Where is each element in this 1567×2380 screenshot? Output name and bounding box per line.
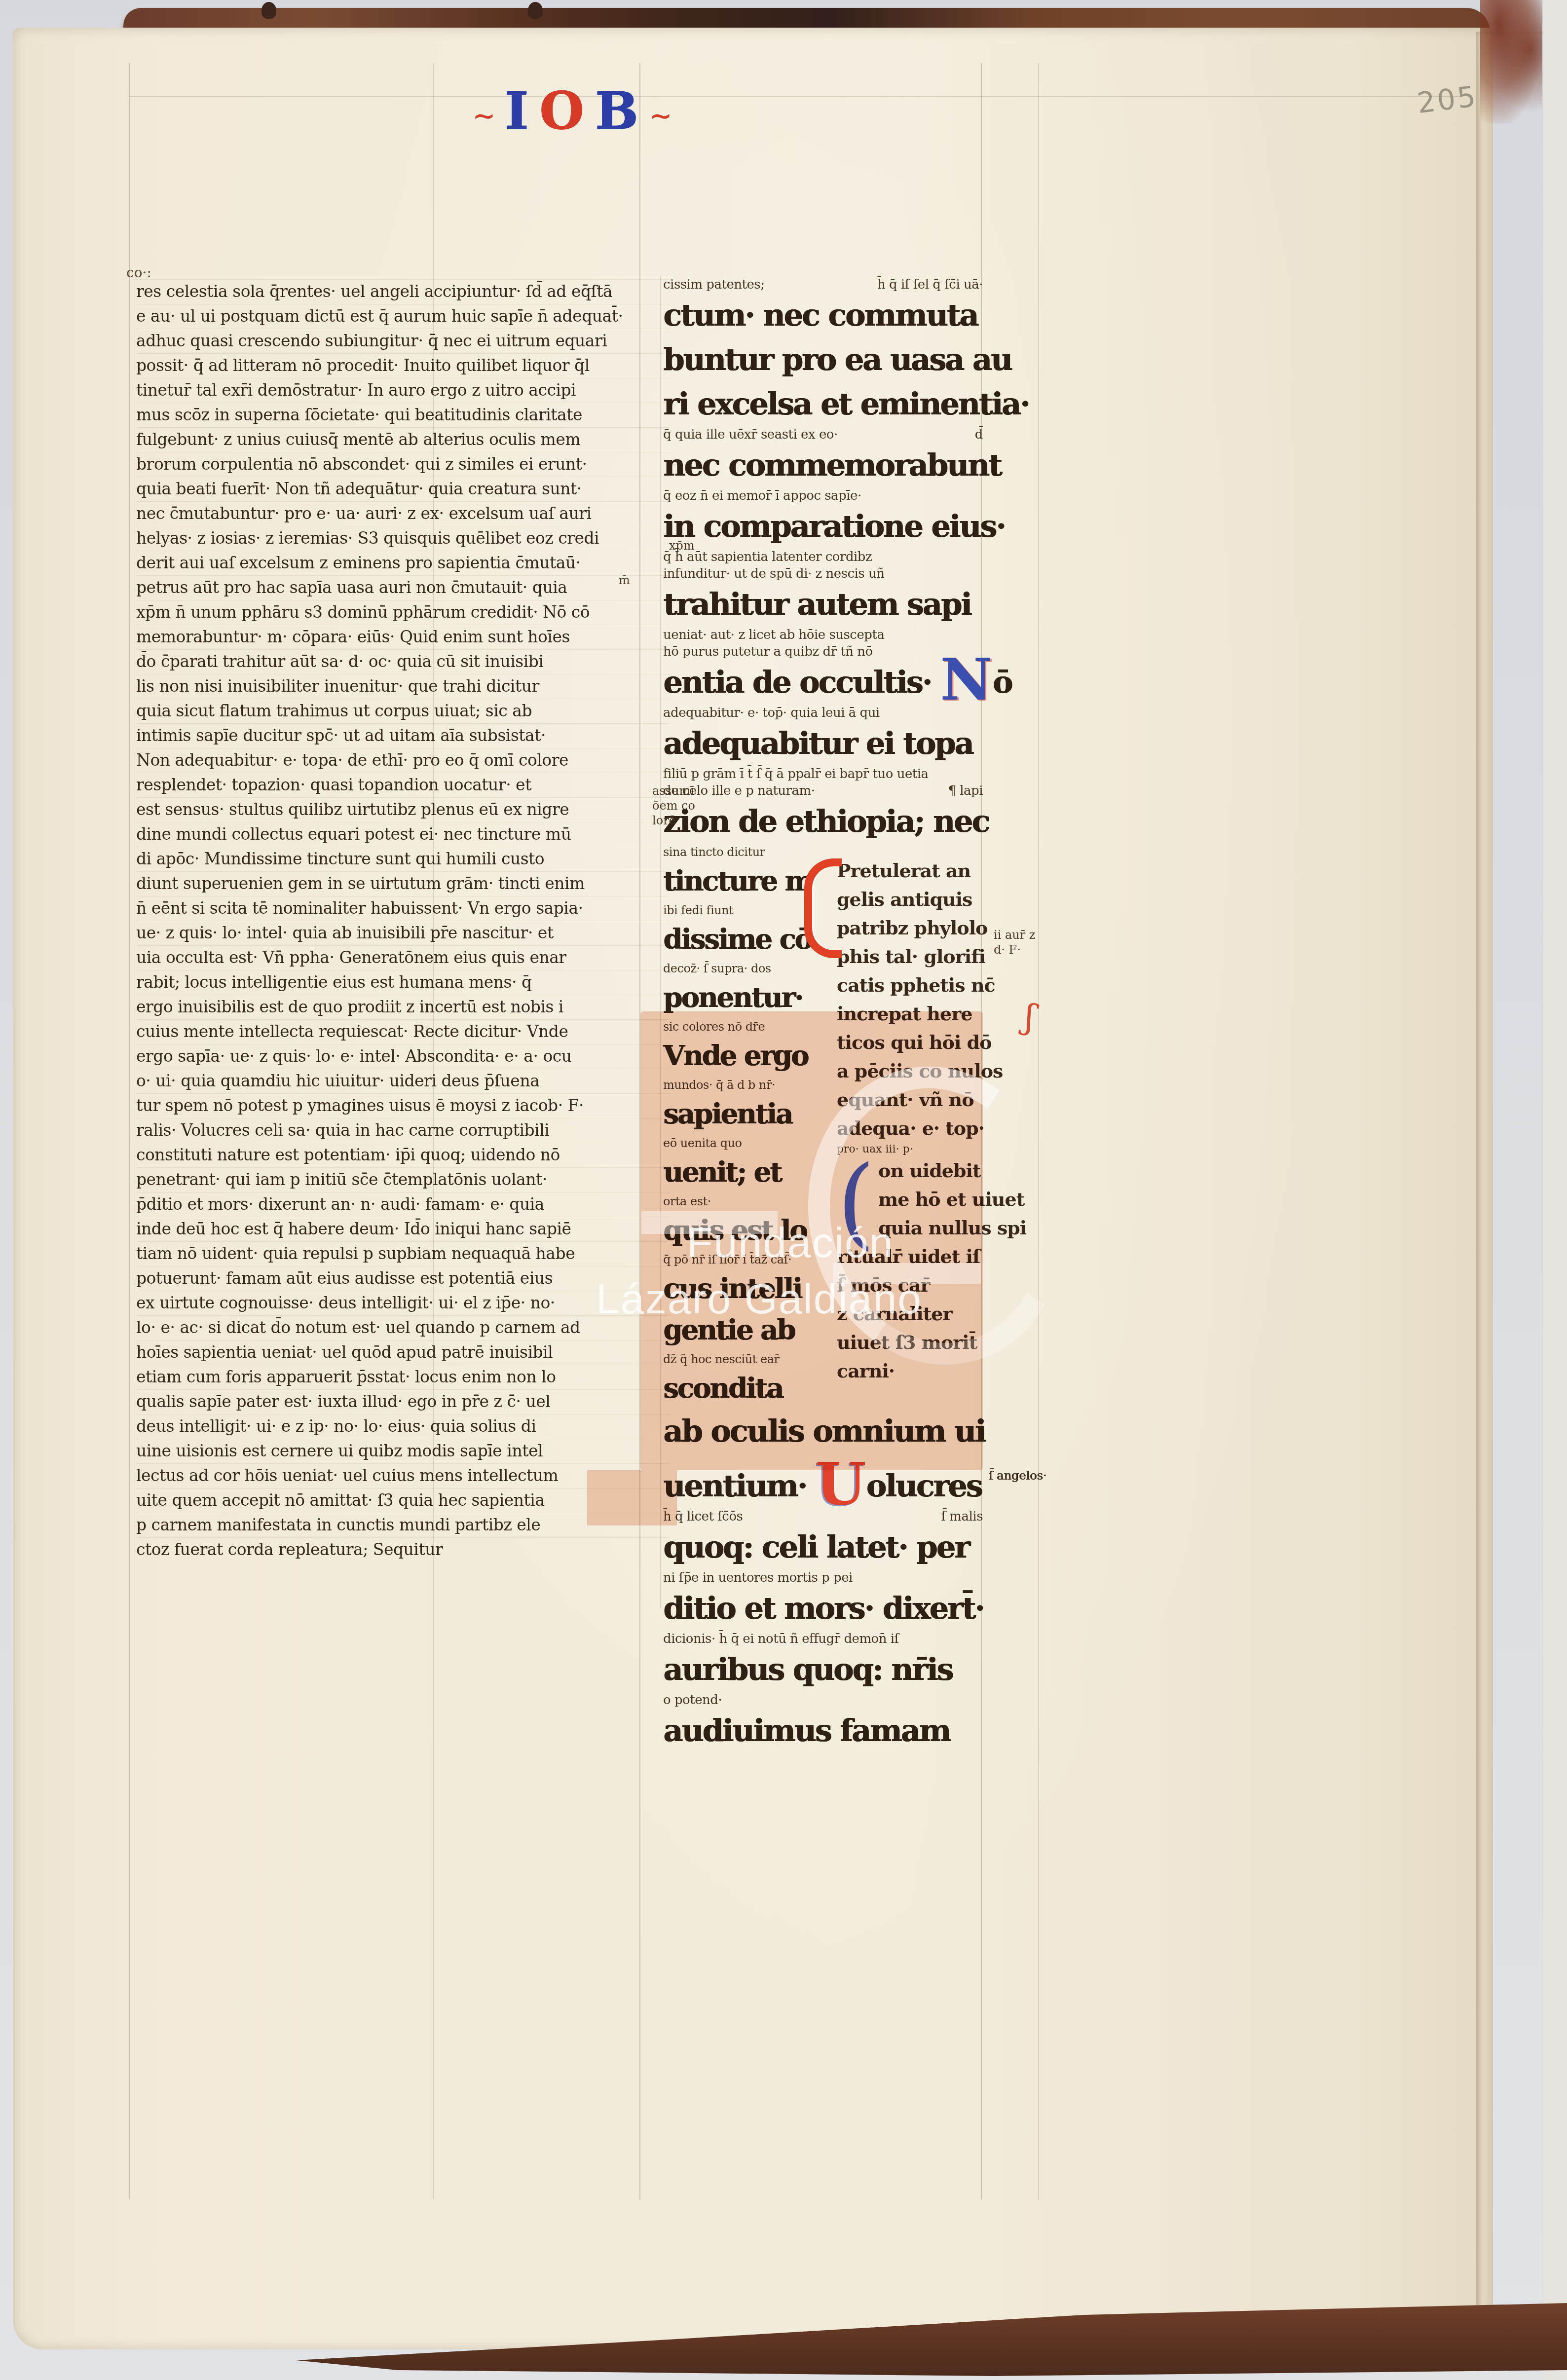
text-line: ergo sapīa· ue· z quis· lo· e· intel· Ab… — [136, 1044, 670, 1069]
bible-text-line: audiuimus famam — [663, 1709, 983, 1753]
interlinear-gloss-line: o potend· — [663, 1692, 983, 1709]
text-line: est sensus· stultus quilibz uirtutibz pl… — [136, 797, 670, 822]
bible-text-line: buntur pro ea uasa au — [663, 337, 983, 382]
quire-mark: co·: — [126, 264, 151, 281]
text-line: petrus aūt pro hac sapīa uasa auri non c… — [136, 575, 670, 600]
page-stack-stained-top — [1480, 0, 1542, 123]
title-letter-o: O — [539, 85, 586, 137]
interlinear-gloss-line: filiū p grām ī t̄ ſ̄ q̄ ā ppalr̄ ei bapr… — [663, 766, 983, 782]
text-line: quia beati fuerīt· Non tñ adequātur· qui… — [136, 477, 670, 501]
text-line: deus intelligit· ui· e z ip· no· lo· eiu… — [136, 1414, 670, 1439]
text-line: nec c̄mutabuntur· pro e· ua· auri· z ex·… — [136, 501, 670, 526]
watermark-text-line2: Lázaro Galdiano — [596, 1275, 922, 1324]
title-letter-b: B — [595, 85, 640, 137]
interlinear-gloss-line: q̄ h̄ aūt sapientia latenter cordibz — [663, 549, 983, 565]
text-line: ii aur̄ z — [994, 928, 1036, 942]
bible-text-line: ri excelsa et eminentia· — [663, 382, 983, 426]
text-line: uia occulta est· Vn̄ ppha· Generatōnem e… — [136, 945, 670, 970]
text-line: tinetur̄ tal exr̄i demōstratur· In auro … — [136, 378, 670, 403]
text-line: ctoz fuerat corda repleatura; Sequitur — [136, 1537, 670, 1562]
text-line: ergo inuisibilis est de quo prodiit z in… — [136, 995, 670, 1019]
text-line: gelis antiquis — [837, 885, 983, 914]
text-line: constituti nature est potentiam· ip̄i qu… — [136, 1143, 670, 1167]
text-line: intimis sapīe ducitur spc̄· ut ad uitam … — [136, 723, 670, 748]
running-title: ∼ I O B ∼ — [434, 74, 710, 148]
left-gloss-column: res celestia sola q̄rentes· uel angeli a… — [136, 279, 670, 1562]
text-line: mus scōz in superna ſōcietate· qui beati… — [136, 403, 670, 427]
text-line: p̄ditio et mors· dixerunt an· n· audi· f… — [136, 1192, 670, 1217]
red-paraph-bracket — [804, 858, 842, 958]
text-line: memorabuntur· m· cōpara· eiūs· Quid enim… — [136, 625, 670, 649]
interlinear-gloss-line: dicionis· h̄ q̄ ei notū ñ effugr̄ demon̄… — [663, 1631, 983, 1647]
text-line: d· F· — [994, 942, 1036, 957]
interlinear-gloss-line: de celo ille e p naturam·¶ lapi — [663, 782, 983, 799]
interlinear-gloss-line: hō purus putetur a quibz dr̄ tñ nō — [663, 643, 983, 660]
text-line: d̄o c̄parati trahitur aūt sa· d· oc· qui… — [136, 649, 670, 674]
interlinear-gloss-line: infunditur· ut de spū di· z nescis uñ — [663, 565, 983, 582]
text-line: o· ui· quia quamdiu hic uiuitur· uideri … — [136, 1069, 670, 1093]
interlinear-gloss-note: ſ̄ angelos· — [988, 1469, 1046, 1483]
text-line: catis pphetis nc̄ — [837, 971, 983, 1000]
title-letter-i: I — [504, 85, 530, 137]
binding-clasp-nub — [261, 2, 276, 19]
text-line: ralis· Volucres celi sa· quia in hac car… — [136, 1118, 670, 1143]
text-line: lis non nisi inuisibiliter inuenitur· qu… — [136, 674, 670, 699]
page-stack-fore-edge — [1476, 32, 1543, 2331]
text-line: hoīes sapientia ueniat· uel quōd apud pa… — [136, 1340, 670, 1365]
text-line: inde deū hoc est q̄ habere deum· Id̄o in… — [136, 1217, 670, 1241]
interlinear-gloss-line: cissim patentes;h̄ q̄ iſ ſel q̄ ſc̄i uā· — [663, 276, 983, 293]
text-line: resplendet· topazion· quasi topandion uo… — [136, 773, 670, 797]
interlinear-gloss-line: ni ſp̄e in uentores mortis p pei — [663, 1569, 983, 1586]
interlinear-gloss-line: q̄ quia ille uēxr̄ seasti ex eo·d̄ — [663, 426, 983, 443]
text-line: lorē — [652, 813, 695, 828]
text-line: ue· z quis· lo· intel· quia ab inuisibil… — [136, 921, 670, 945]
text-line: adhuc quasi crescendo subiungitur· q̄ ne… — [136, 329, 670, 353]
text-line: helyas· z iosias· z ieremias· S3 quisqui… — [136, 526, 670, 551]
bible-text-line: zion de ethiopia; nec — [663, 799, 983, 844]
watermark-highlight-band-small — [587, 1470, 677, 1525]
margin-note-right: ii aur̄ zd· F· — [994, 928, 1036, 957]
decorated-initial-blue: N — [940, 646, 993, 713]
text-line: tur spem nō potest p ymagines uisus ē mo… — [136, 1093, 670, 1118]
ruling-line-horizontal — [129, 96, 1461, 97]
text-line: diunt superuenien gem in se uirtutum grā… — [136, 871, 670, 896]
text-line: e au· ul ui postquam dictū est q̄ aurum … — [136, 304, 670, 329]
text-line: fulgebunt· z unius cuiusq̄ mentē ab alte… — [136, 427, 670, 452]
watermark-text-line1: Fundación — [687, 1219, 894, 1267]
text-line: cuius mente intellecta requiescat· Recte… — [136, 1019, 670, 1044]
text-line: res celestia sola q̄rentes· uel angeli a… — [136, 279, 670, 304]
text-line: assumī — [652, 783, 695, 798]
text-line: dine mundi collectus equari potest ei· n… — [136, 822, 670, 847]
bible-text-flow-top: cissim patentes;h̄ q̄ iſ ſel q̄ ſc̄i uā·… — [663, 276, 983, 844]
title-flourish-left: ∼ — [473, 100, 496, 132]
bible-text-line: in comparatione eius· — [663, 504, 983, 549]
interlinear-gloss-line: sina tincto dicitur — [663, 844, 837, 860]
text-line: derit aui uaſ excelsum z eminens pro sap… — [136, 551, 670, 575]
text-line: xp̄m n̄ unum pphāru s3 dominū pphārum cr… — [136, 600, 670, 625]
manuscript-photo: { "page": { "folio_number": "205", "quir… — [0, 0, 1567, 2380]
bible-text-line: adequabitur ei topa — [663, 721, 983, 766]
gutter-note-xpm: xp̄m — [669, 539, 695, 553]
interlinear-gloss-line: q̄ eoz n̄ ei memor̄ ī appoc sapīe· — [663, 487, 983, 504]
interlinear-gloss-line: ueniat· aut· z licet ab hōie suscepta — [663, 627, 983, 643]
ruling-line-vertical — [129, 63, 130, 2199]
text-line: n̄ eēnt si scita tē nominaliter habuisse… — [136, 896, 670, 921]
interlinear-gloss-line: decoz̄· ſ̄ supra· dos — [663, 960, 837, 977]
text-line: uine uisionis est cernere ui quibz modis… — [136, 1439, 670, 1463]
bible-text-line: auribus quoq: nr̄is — [663, 1647, 983, 1692]
gutter-note-block: assumīōem colorē — [652, 783, 695, 828]
text-line: ex uirtute cognouisse· deus intelligit· … — [136, 1291, 670, 1315]
text-line: di apōc· Mundissime tincture sunt qui hu… — [136, 847, 670, 871]
text-line: etiam cum foris apparuerit p̄sstat· locu… — [136, 1365, 670, 1389]
text-line: rabit; locus intelligentie eius est huma… — [136, 970, 670, 995]
gutter-note-m: m̄ — [619, 573, 630, 587]
text-line: ōem co — [652, 798, 695, 813]
text-line: Pretulerat an — [837, 856, 983, 885]
photo-backdrop — [1543, 0, 1567, 2380]
bible-text-line: ctum· nec commuta — [663, 293, 983, 337]
bible-text-line: trahitur autem sapi — [663, 582, 983, 627]
text-line: possit· q̄ ad litteram nō procedit· Inui… — [136, 353, 670, 378]
binding-clasp-nub — [528, 2, 543, 19]
bible-text-line: quoq: celi latet· per — [663, 1525, 983, 1569]
text-line: lo· e· ac· si dicat d̄o notum est· uel q… — [136, 1315, 670, 1340]
text-line: penetrant· qui iam p initiū sc̄e c̄templ… — [136, 1167, 670, 1192]
text-line: potuerunt· famam aūt eius audisse est po… — [136, 1266, 670, 1291]
text-line: brorum corpulentia nō abscondet· qui z s… — [136, 452, 670, 477]
bible-text-line: nec commemorabunt — [663, 443, 983, 487]
title-flourish-right: ∼ — [649, 100, 672, 132]
bible-text-line: ditio et mors· dixert̄· — [663, 1586, 983, 1631]
text-line: Non adequabitur· e· topa· de ethī· pro e… — [136, 748, 670, 773]
interlinear-gloss-line: adequabitur· e· top̄· quia leui ā qui — [663, 705, 983, 721]
text-line: qualis sapīe pater est· iuxta illud· ego… — [136, 1389, 670, 1414]
text-line: tiam nō uident· quia repulsi p supbiam n… — [136, 1241, 670, 1266]
bible-text-line: entia de occultis· Nō — [663, 660, 983, 705]
text-line: patribz phylolo — [837, 914, 983, 942]
text-line: quia sicut flatum trahimus ut corpus uiu… — [136, 699, 670, 723]
text-line: phis tal· glorifi — [837, 942, 983, 971]
